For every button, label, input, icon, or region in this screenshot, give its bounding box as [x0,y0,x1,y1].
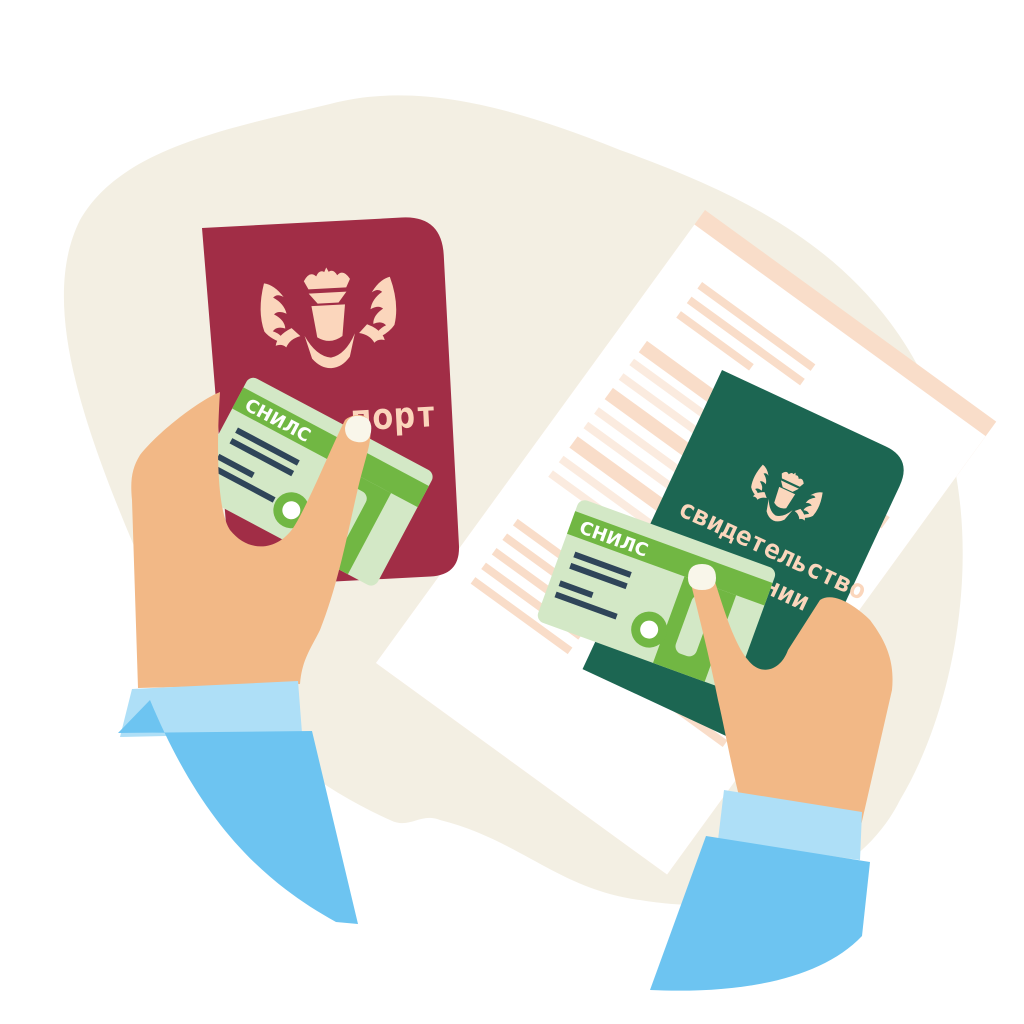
illustration: свидетельство о рождении порт СНИЛС [0,0,1024,1024]
thumbnail [345,416,371,443]
thumbnail [688,564,716,590]
